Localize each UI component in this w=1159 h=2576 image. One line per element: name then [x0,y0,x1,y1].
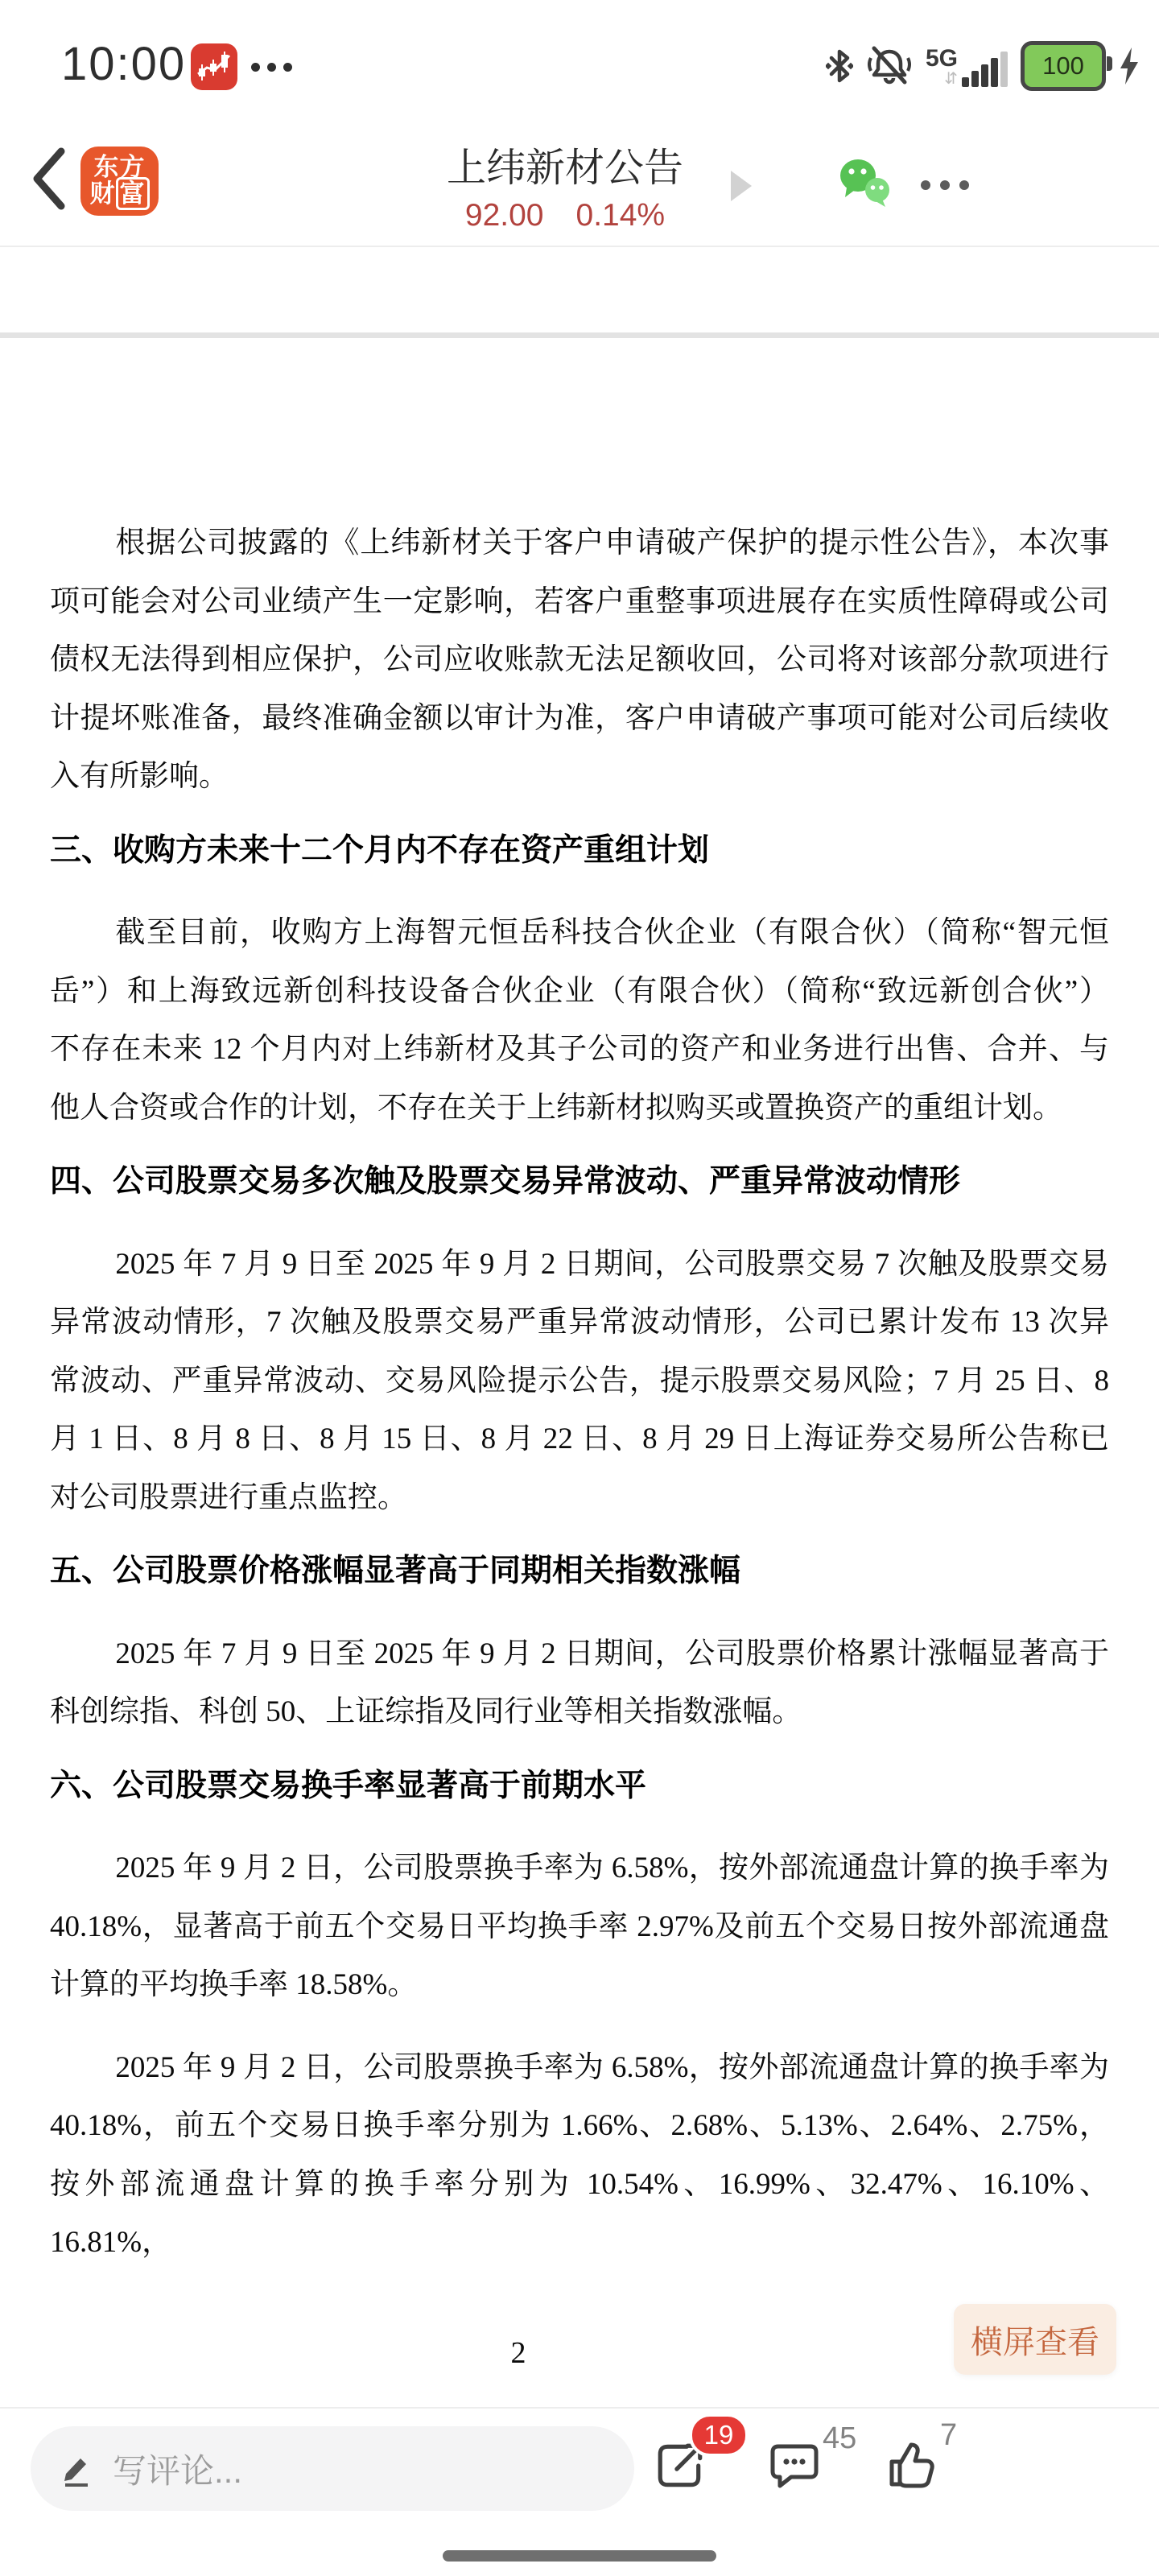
text-line: 他人合资或合作的计划，不存在关于上纬新材拟购买或置换资产的重组计划。 [50,1080,1109,1138]
mute-bell-icon [866,45,913,87]
like-button[interactable] [887,2439,938,2491]
bluetooth-icon [826,47,853,85]
paragraph: 2025 年 7 月 9 日至 2025 年 9 月 2 日期间，公司股票交易 … [50,1236,1109,1528]
page-number: 2 [0,2329,1048,2377]
text-line: 计算的平均换手率 18.58%。 [50,1956,1109,2015]
candlestick-chart-icon [191,43,237,90]
text-line: 债权无法得到相应保护，公司应收账款无法足额收回，公司将对该部分款项进行 [50,631,1109,690]
text-line: 2025 年 9 月 2 日，公司股票换手率为 6.58%，按外部流通盘计算的换… [50,2039,1109,2098]
status-bar: 10:00 [0,0,1159,129]
share-badge: 19 [689,2413,749,2457]
text-line: 按外部流通盘计算的换手率分别为 10.54%、16.99%、32.47%、16.… [50,2156,1109,2273]
text-line: 常波动、严重异常波动、交易风险提示公告，提示股票交易风险；7 月 25 日、8 [50,1352,1109,1411]
text-line: 截至目前，收购方上海智元恒岳科技合伙企业（有限合伙）（简称“智元恒 [50,904,1109,963]
notification-overflow-dots [251,63,292,72]
wechat-share-button[interactable] [837,157,893,208]
like-count: 7 [940,2418,957,2453]
paragraph: 2025 年 9 月 2 日，公司股票换手率为 6.58%，按外部流通盘计算的换… [50,1839,1109,2015]
comment-placeholder: 写评论... [113,2445,242,2493]
section-heading: 五、公司股票价格涨幅显著高于同期相关指数涨幅 [50,1542,1109,1601]
section-heading: 三、收购方未来十二个月内不存在资产重组计划 [50,822,1109,881]
paragraph: 根据公司披露的《上纬新材关于客户申请破产保护的提示性公告》，本次事项可能会对公司… [50,514,1109,807]
text-line: 五、公司股票价格涨幅显著高于同期相关指数涨幅 [50,1542,1109,1601]
signal-strength-icon: 5G ⇵ [926,45,1008,87]
comments-button[interactable] [769,2439,820,2491]
stock-price: 92.00 [465,198,544,233]
paragraph: 截至目前，收购方上海智元恒岳科技合伙企业（有限合伙）（简称“智元恒岳”）和上海致… [50,904,1109,1137]
text-line: 2025 年 9 月 2 日，公司股票换手率为 6.58%，按外部流通盘计算的换… [50,1839,1109,1898]
paragraph: 2025 年 7 月 9 日至 2025 年 9 月 2 日期间，公司股票价格累… [50,1625,1109,1742]
text-line: 异常波动情形，7 次触及股票交易严重异常波动情形，公司已累计发布 13 次异 [50,1294,1109,1352]
text-line: 科创综指、科创 50、上证综指及同行业等相关指数涨幅。 [50,1683,1109,1742]
text-line: 四、公司股票交易多次触及股票交易异常波动、严重异常波动情形 [50,1153,1109,1212]
text-line: 根据公司披露的《上纬新材关于客户申请破产保护的提示性公告》，本次事 [50,514,1109,573]
app-screen: 10:00 [0,0,1159,2576]
text-line: 40.18%，显著高于前五个交易日平均换手率 2.97%及前五个交易日按外部流通… [50,1898,1109,1957]
battery-level: 100 [1042,52,1084,80]
text-line: 40.18%，前五个交易日换手率分别为 1.66%、2.68%、5.13%、2.… [50,2097,1109,2156]
stock-quote[interactable]: 92.00 0.14% [0,198,1130,233]
battery-icon: 100 [1021,41,1106,91]
data-activity-arrows-icon: ⇵ [944,71,958,87]
comment-input[interactable]: 写评论... [31,2426,634,2511]
document-body: 根据公司披露的《上纬新材关于客户申请破产保护的提示性公告》，本次事项可能会对公司… [0,247,1159,2377]
text-line: 岳”）和上海致远新创科技设备合伙企业（有限合伙）（简称“致远新创合伙”） [50,963,1109,1022]
home-indicator[interactable] [443,2550,716,2562]
text-line: 三、收购方未来十二个月内不存在资产重组计划 [50,822,1109,881]
text-line: 2025 年 7 月 9 日至 2025 年 9 月 2 日期间，公司股票交易 … [50,1236,1109,1294]
nav-bar: 东方 财富 上纬新材公告 92.00 0.14% [0,129,1159,247]
clock: 10:00 [61,37,186,91]
more-menu-button[interactable] [921,180,969,190]
charging-bolt-icon [1119,47,1140,85]
stock-change: 0.14% [576,198,666,233]
text-line: 月 1 日、8 月 8 日、8 月 15 日、8 月 22 日、8 月 29 日… [50,1410,1109,1469]
text-line: 计提坏账准备，最终准确金额以审计为准，客户申请破产事项可能对公司后续收 [50,690,1109,749]
expand-triangle-icon[interactable] [731,171,752,201]
paragraph: 2025 年 9 月 2 日，公司股票换手率为 6.58%，按外部流通盘计算的换… [50,2039,1109,2273]
stock-app-notification-icon [191,43,237,90]
comment-count: 45 [823,2421,856,2456]
text-line: 六、公司股票交易换手率显著高于前期水平 [50,1757,1109,1816]
text-line: 项可能会对公司业绩产生一定影响，若客户重整事项进展存在实质性障碍或公司 [50,573,1109,632]
text-line: 对公司股票进行重点监控。 [50,1469,1109,1528]
section-heading: 六、公司股票交易换手率显著高于前期水平 [50,1757,1109,1816]
network-type-label: 5G [926,47,958,71]
pdf-viewer[interactable]: 根据公司披露的《上纬新材关于客户申请破产保护的提示性公告》，本次事项可能会对公司… [0,247,1159,2407]
text-line: 2025 年 7 月 9 日至 2025 年 9 月 2 日期间，公司股票价格累… [50,1625,1109,1684]
text-line: 不存在未来 12 个月内对上纬新材及其子公司的资产和业务进行出售、合并、与 [50,1021,1109,1080]
landscape-view-button[interactable]: 横屏查看 [954,2304,1116,2375]
section-heading: 四、公司股票交易多次触及股票交易异常波动、严重异常波动情形 [50,1153,1109,1212]
pencil-icon [60,2451,95,2487]
text-line: 入有所影响。 [50,748,1109,807]
